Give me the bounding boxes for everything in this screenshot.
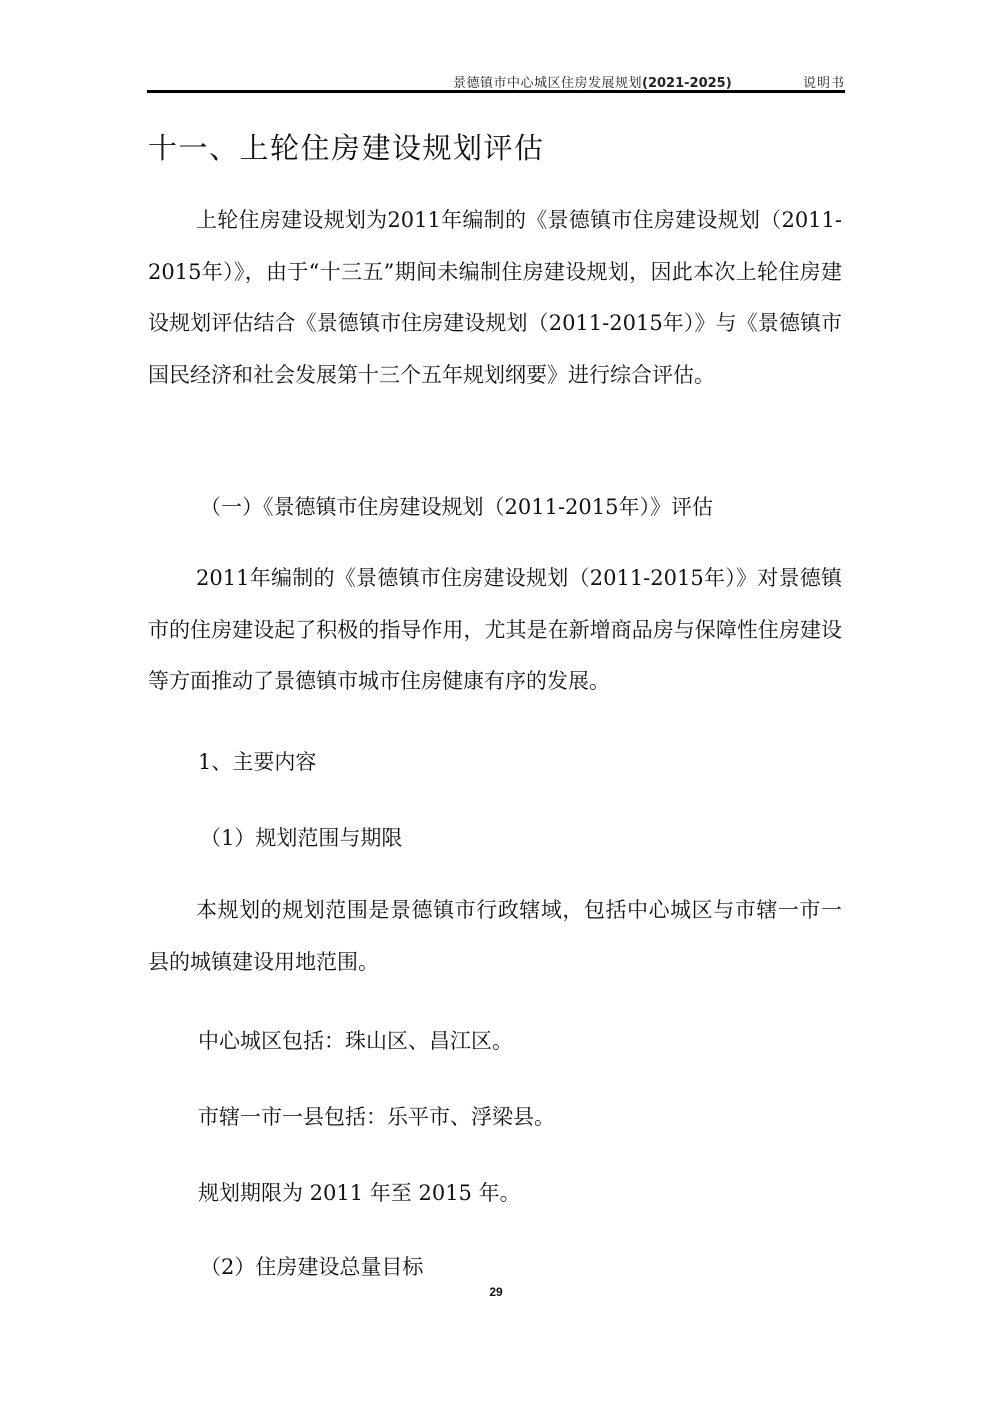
header-document-title: 景德镇市中心城区住房发展规划(2021-2025)	[453, 72, 732, 91]
intro-paragraph: 上轮住房建设规划为2011年编制的《景德镇市住房建设规划（2011-2015年）…	[148, 195, 842, 401]
period-line: 规划期限为 2011 年至 2015 年。	[198, 1177, 521, 1207]
header-rule	[147, 90, 845, 93]
item-heading-main-content: 1、主要内容	[198, 746, 316, 776]
header-title-text: 景德镇市中心城区住房发展规划	[453, 76, 642, 91]
subsection-heading: （一）《景德镇市住房建设规划（2011-2015年）》评估	[200, 491, 713, 521]
evaluation-paragraph: 2011年编制的《景德镇市住房建设规划（2011-2015年）》对景德镇市的住房…	[148, 553, 842, 708]
page-header: 景德镇市中心城区住房发展规划(2021-2025) 说明书	[147, 70, 845, 90]
item-heading-scope-period: （1）规划范围与期限	[200, 822, 402, 852]
page-number: 29	[0, 1285, 992, 1299]
county-units-line: 市辖一市一县包括：乐平市、浮梁县。	[198, 1101, 555, 1131]
scope-paragraph: 本规划的规划范围是景德镇市行政辖域，包括中心城区与市辖一市一县的城镇建设用地范围…	[148, 885, 842, 988]
header-document-type: 说明书	[803, 72, 845, 91]
central-districts-line: 中心城区包括：珠山区、昌江区。	[198, 1025, 513, 1055]
section-title: 十一、上轮住房建设规划评估	[148, 126, 545, 167]
header-title-years: (2021-2025)	[642, 76, 732, 91]
item-heading-total-target: （2）住房建设总量目标	[200, 1251, 423, 1281]
